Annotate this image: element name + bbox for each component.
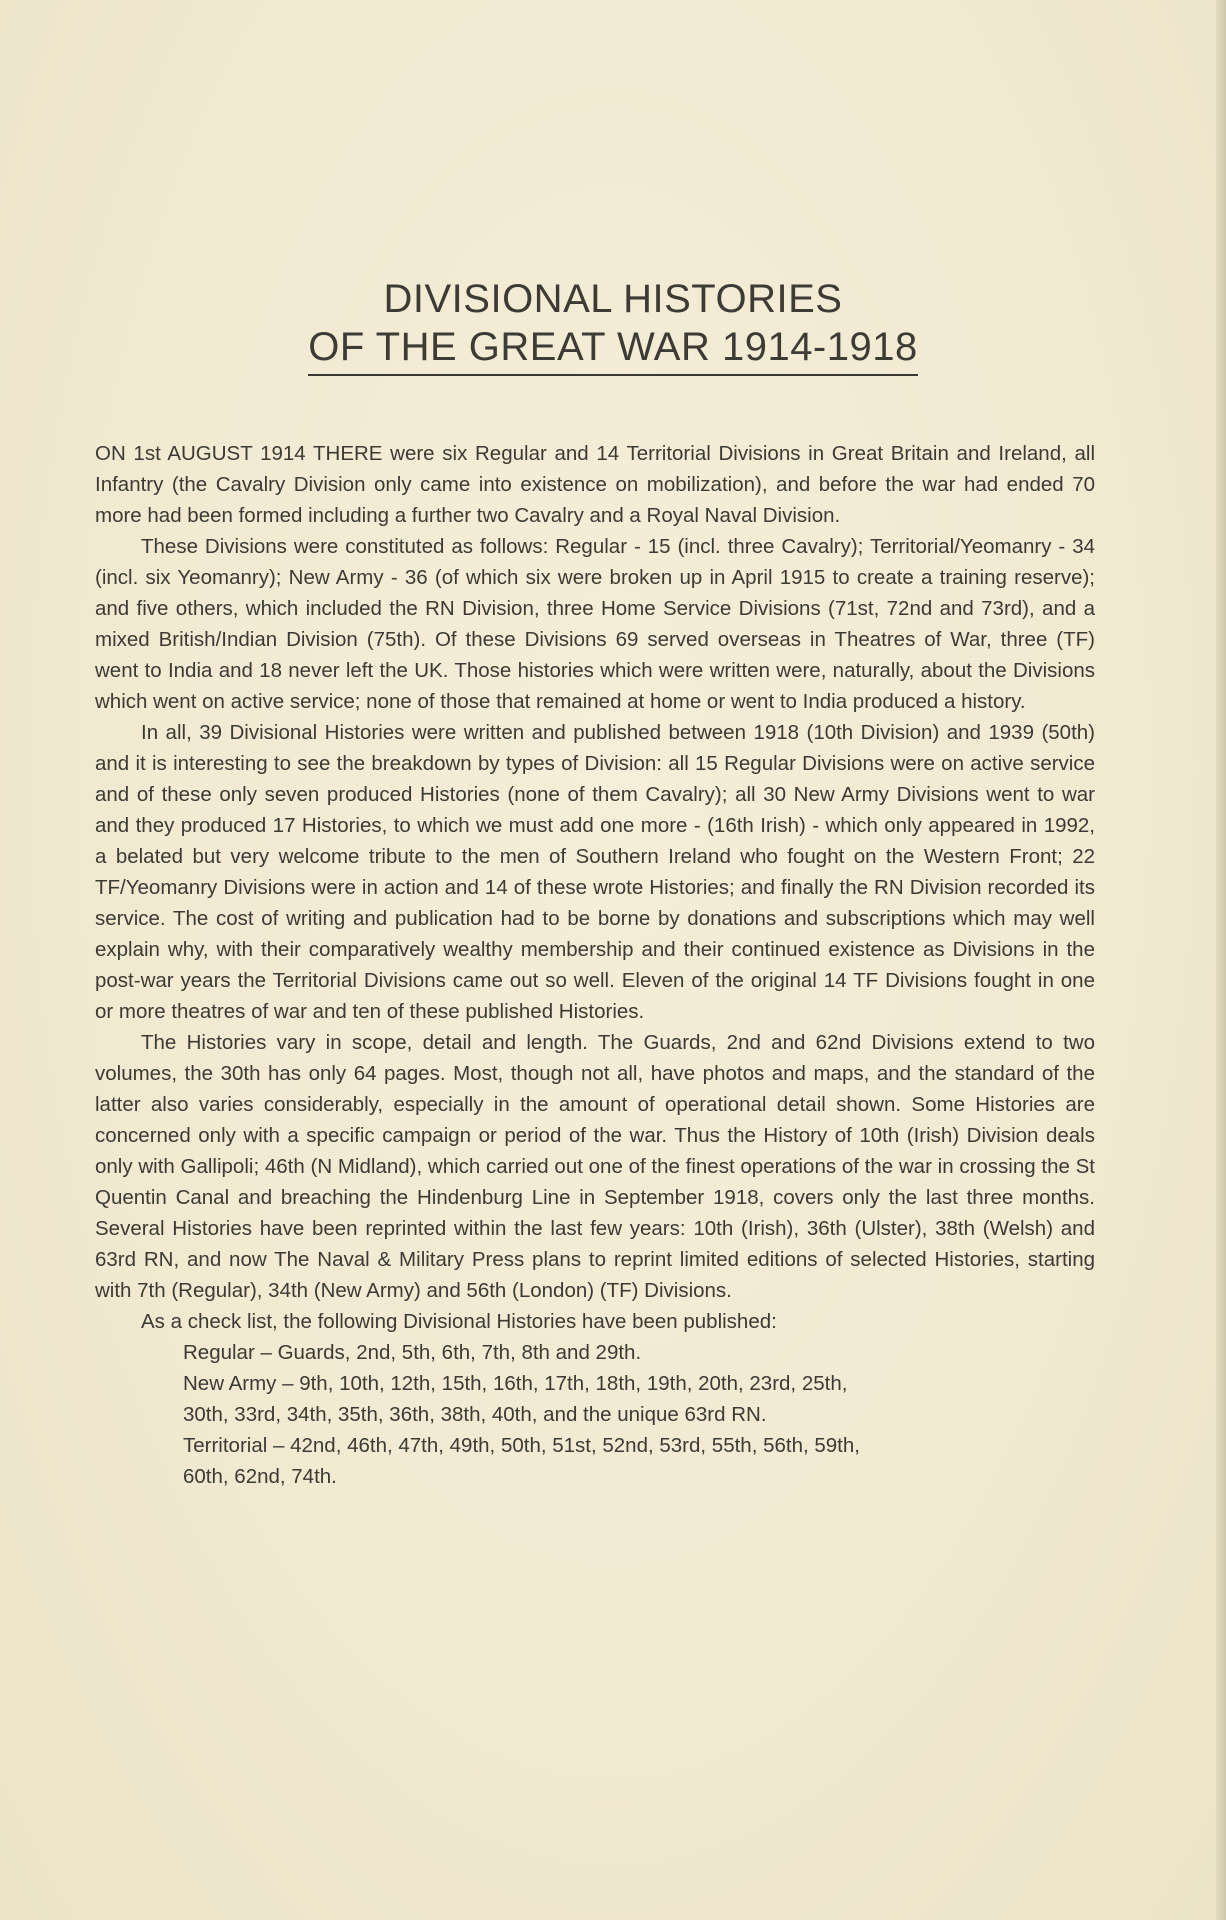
checklist-item-regular: Regular – Guards, 2nd, 5th, 6th, 7th, 8t… <box>95 1337 1095 1368</box>
body-text: ON 1st AUGUST 1914 THERE were six Regula… <box>95 438 1095 1492</box>
paragraph-intro: ON 1st AUGUST 1914 THERE were six Regula… <box>95 438 1095 531</box>
document-subtitle: OF THE GREAT WAR 1914-1918 <box>308 324 918 376</box>
checklist-item-new-army: New Army – 9th, 10th, 12th, 15th, 16th, … <box>95 1368 1095 1430</box>
title-block: DIVISIONAL HISTORIES OF THE GREAT WAR 19… <box>0 276 1226 376</box>
paragraph-scope: The Histories vary in scope, detail and … <box>95 1027 1095 1306</box>
document-title: DIVISIONAL HISTORIES <box>0 276 1226 322</box>
checklist-item-territorial: Territorial – 42nd, 46th, 47th, 49th, 50… <box>95 1430 1095 1492</box>
document-page: DIVISIONAL HISTORIES OF THE GREAT WAR 19… <box>0 0 1226 1920</box>
paragraph-checklist-intro: As a check list, the following Divisiona… <box>95 1306 1095 1337</box>
paragraph-breakdown: In all, 39 Divisional Histories were wri… <box>95 717 1095 1027</box>
paragraph-composition: These Divisions were constituted as foll… <box>95 531 1095 717</box>
checklist: Regular – Guards, 2nd, 5th, 6th, 7th, 8t… <box>95 1337 1095 1492</box>
